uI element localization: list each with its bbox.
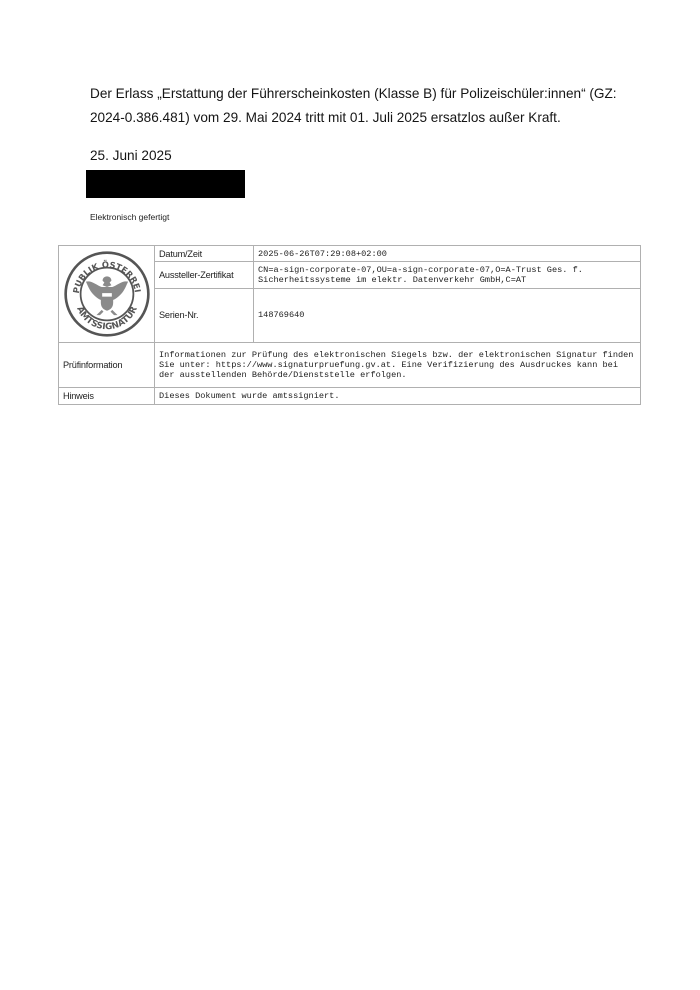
label-hinweis: Hinweis — [59, 388, 155, 405]
value-serien-nr: 148769640 — [254, 288, 641, 342]
value-aussteller-zertifikat: CN=a-sign-corporate-07,OU=a-sign-corpora… — [254, 262, 641, 289]
table-row: Prüfinformation Informationen zur Prüfun… — [59, 343, 641, 388]
redacted-signer-name — [86, 170, 245, 198]
decree-paragraph: Der Erlass „Erstattung der Führerscheink… — [90, 82, 620, 130]
label-serien-nr: Serien-Nr. — [155, 288, 254, 342]
label-pruefinformation: Prüfinformation — [59, 343, 155, 388]
official-signature-table: REPUBLIK ÖSTERREICH AMTSSIGNATUR Datum/Z… — [58, 245, 641, 405]
table-row: Hinweis Dieses Dokument wurde amtssignie… — [59, 388, 641, 405]
value-hinweis: Dieses Dokument wurde amtssigniert. — [155, 388, 641, 405]
label-aussteller-zertifikat: Aussteller-Zertifikat — [155, 262, 254, 289]
value-datum-zeit: 2025-06-26T07:29:08+02:00 — [254, 246, 641, 262]
electronic-signature-note: Elektronisch gefertigt — [90, 212, 169, 222]
austrian-eagle-seal-icon: REPUBLIK ÖSTERREICH AMTSSIGNATUR — [63, 250, 151, 338]
value-pruefinformation: Informationen zur Prüfung des elektronis… — [155, 343, 641, 388]
document-date: 25. Juni 2025 — [90, 148, 172, 163]
label-datum-zeit: Datum/Zeit — [155, 246, 254, 262]
table-row: REPUBLIK ÖSTERREICH AMTSSIGNATUR Datum/Z… — [59, 246, 641, 262]
seal-cell: REPUBLIK ÖSTERREICH AMTSSIGNATUR — [59, 246, 155, 343]
